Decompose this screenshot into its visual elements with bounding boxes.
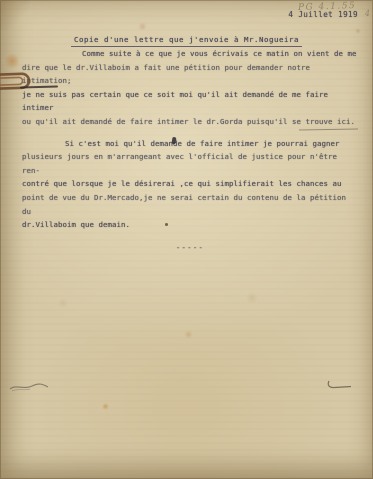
letter-line: dire que le dr.Villaboim a fait une péti… [22,61,358,88]
letter-line: point de vue du Dr.Mercado,je ne serai c… [22,191,358,218]
letter-line: je ne suis pas certain que ce soit moi q… [22,88,358,115]
title-row: Copie d'une lettre que j'envoie à Mr.Nog… [0,27,373,47]
paperclip-icon [0,69,36,92]
letter-date: 4 Juillet 1919 [288,10,358,19]
letter-line: contré que lorsque je le désirerai ,ce q… [22,177,358,191]
stain [184,330,193,339]
stain [58,298,68,308]
scanned-letter-page: PG 4.1.55 4 Juillet 1919 4 Copie d'une l… [0,0,373,479]
pencil-squiggle-mark [8,381,50,393]
letter-line: Comme suite à ce que je vous écrivais ce… [22,47,358,61]
letter-line: plusieurs jours en m'arrangeant avec l'o… [22,150,358,177]
stain [5,52,19,70]
end-divider: ----- [22,241,358,255]
letter-line: ou qu'il ait demandé de faire intimer le… [22,115,358,129]
letter-line: Si c'est moi qu'il demande de faire inti… [22,137,358,151]
paragraph-2: Si c'est moi qu'il demande de faire inti… [22,137,358,232]
letter-line: dr.Villaboim que demain. [22,218,358,232]
stain [102,403,109,410]
margin-mark-annotation: 4 [365,9,370,18]
stain [246,292,258,304]
letter-title: Copie d'une lettre que j'envoie à Mr.Nog… [71,35,302,47]
corner-fold [0,0,30,30]
paragraph-1: Comme suite à ce que je vous écrivais ce… [22,47,358,129]
letter-body: Comme suite à ce que je vous écrivais ce… [22,47,358,254]
pencil-hook-mark [326,379,354,391]
